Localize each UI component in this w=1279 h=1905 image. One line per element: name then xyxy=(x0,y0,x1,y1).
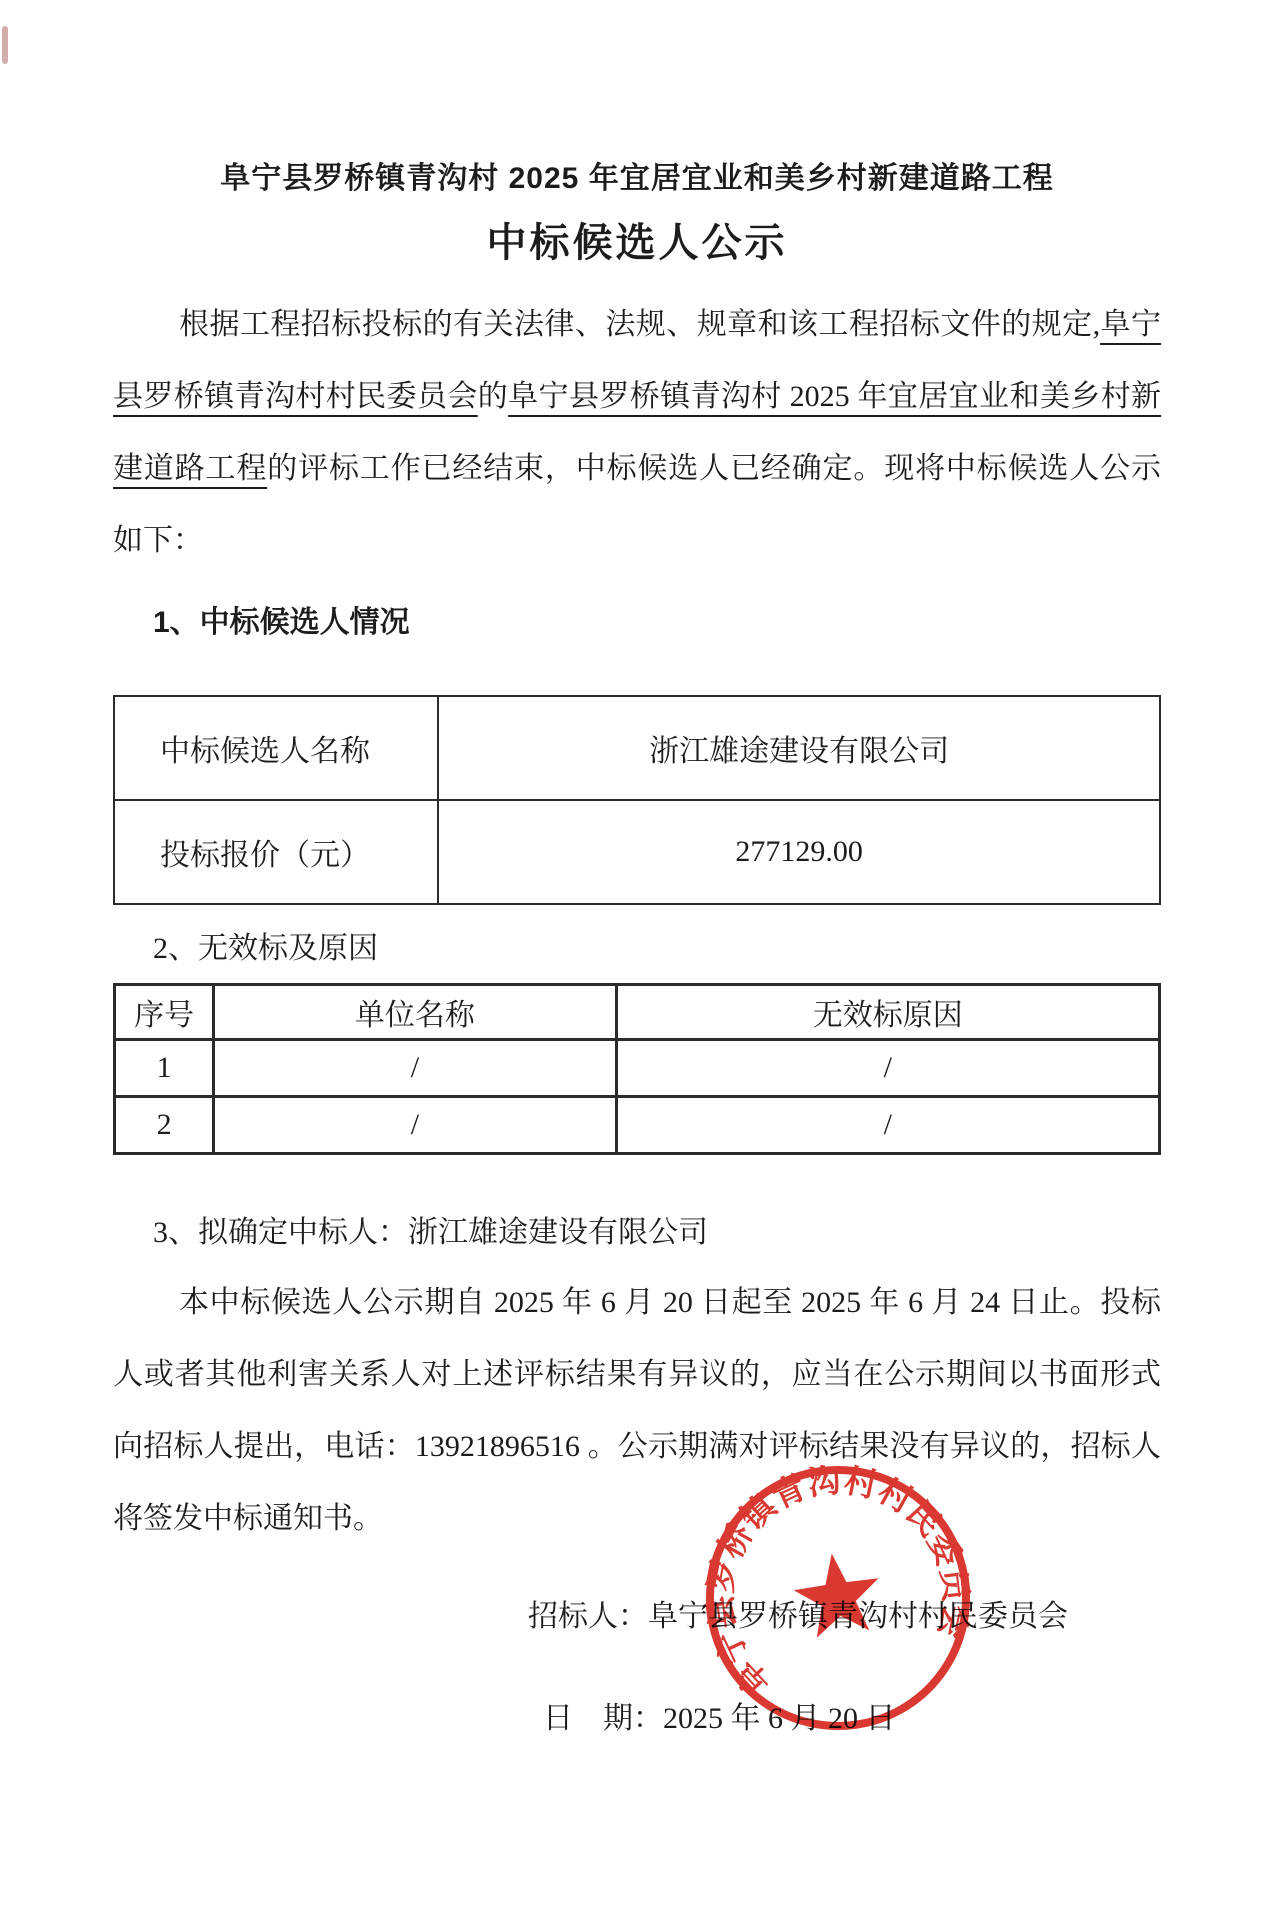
section3-heading: 3、拟确定中标人：浙江雄途建设有限公司 xyxy=(153,1211,1161,1255)
bid-price-label: 投标报价（元） xyxy=(114,800,438,904)
row2-company: / xyxy=(214,1097,616,1154)
invalid-bids-table: 序号 单位名称 无效标原因 1 / / 2 / / xyxy=(113,983,1161,1155)
candidate-name-label: 中标候选人名称 xyxy=(114,696,438,800)
table-row: 投标报价（元） 277129.00 xyxy=(114,800,1160,904)
intro-seg-5: 的评标工作已经结束，中标候选人已经确定。现将中标候选人公示如下： xyxy=(113,452,1161,557)
col-header-company: 单位名称 xyxy=(214,985,616,1040)
table-row: 2 / / xyxy=(115,1097,1160,1154)
row1-index: 1 xyxy=(115,1040,214,1097)
col-header-index: 序号 xyxy=(115,985,214,1040)
seal-star-icon xyxy=(789,1547,885,1640)
intro-seg-1: 根据工程招标投标的有关法律、法规、规章和该工程招标文件的规定, xyxy=(179,308,1100,341)
table-row: 1 / / xyxy=(115,1040,1160,1097)
bid-price-value: 277129.00 xyxy=(438,800,1160,904)
page-subtitle: 中标候选人公示 xyxy=(113,213,1161,273)
col-header-reason: 无效标原因 xyxy=(616,985,1159,1040)
document-page: 阜宁县罗桥镇青沟村 2025 年宜居宜业和美乡村新建道路工程 中标候选人公示 根… xyxy=(0,0,1279,1905)
candidate-name-value: 浙江雄途建设有限公司 xyxy=(438,696,1160,800)
candidate-table: 中标候选人名称 浙江雄途建设有限公司 投标报价（元） 277129.00 xyxy=(113,695,1161,905)
row1-reason: / xyxy=(616,1040,1159,1097)
bidder-label: 招标人： xyxy=(528,1600,648,1633)
table-header-row: 序号 单位名称 无效标原因 xyxy=(115,985,1160,1040)
official-seal: 阜宁县罗桥镇青沟村村民委员会 xyxy=(680,1440,996,1756)
scan-artifact xyxy=(2,26,8,64)
section1-heading: 1、中标候选人情况 xyxy=(153,601,1161,645)
table-row: 中标候选人名称 浙江雄途建设有限公司 xyxy=(114,696,1160,800)
row2-index: 2 xyxy=(115,1097,214,1154)
row2-reason: / xyxy=(616,1097,1159,1154)
intro-seg-3: 的 xyxy=(478,380,508,413)
date-label: 日 期： xyxy=(543,1702,663,1735)
page-title: 阜宁县罗桥镇青沟村 2025 年宜居宜业和美乡村新建道路工程 xyxy=(113,155,1161,203)
section2-heading: 2、无效标及原因 xyxy=(153,927,1161,971)
intro-paragraph: 根据工程招标投标的有关法律、法规、规章和该工程招标文件的规定,阜宁县罗桥镇青沟村… xyxy=(113,289,1161,577)
row1-company: / xyxy=(214,1040,616,1097)
closing-paragraph: 本中标候选人公示期自 2025 年 6 月 20 日起至 2025 年 6 月 … xyxy=(113,1267,1161,1555)
